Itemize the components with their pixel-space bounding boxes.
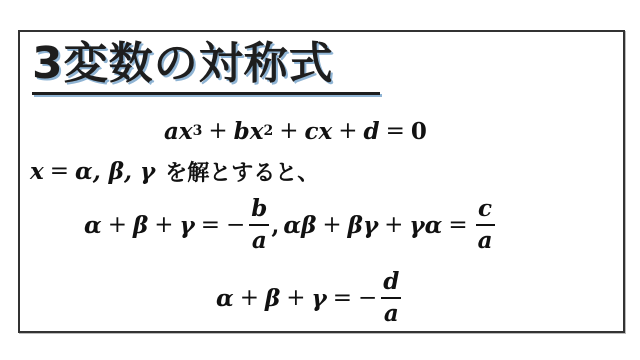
gamma: γ — [312, 285, 327, 312]
plus-sign: + — [234, 285, 265, 311]
minus-sign: − — [358, 285, 379, 311]
plus-sign: + — [280, 285, 311, 311]
equals-sign: = — [442, 212, 473, 238]
plus-sign: + — [273, 118, 304, 144]
gamma: γ — [180, 212, 195, 239]
rhs-zero: 0 — [411, 118, 427, 145]
var-x: x — [30, 158, 44, 185]
gamma-alpha: γα — [409, 212, 442, 239]
fraction-numerator: d — [381, 268, 401, 296]
equals-sign: = — [44, 158, 75, 184]
plus-sign: + — [316, 212, 347, 238]
fraction-denominator: a — [382, 300, 401, 328]
product-relation: α + β + γ = − d a — [216, 262, 403, 334]
plus-sign: + — [332, 118, 363, 144]
plus-sign: + — [202, 118, 233, 144]
fraction-denominator: a — [476, 227, 495, 255]
exponent-2: 2 — [263, 123, 273, 139]
coef-a: a — [164, 118, 179, 145]
cubic-equation: ax3 + bx2 + cx + d = 0 — [164, 114, 427, 148]
title-underline — [32, 92, 380, 95]
equals-sign: = — [327, 285, 358, 311]
roots-caption: を解とすると、 — [165, 156, 319, 187]
exponent-3: 3 — [193, 123, 203, 139]
coef-d: d — [364, 118, 380, 145]
fraction-c-over-a: c a — [476, 195, 495, 255]
equals-sign: = — [380, 118, 411, 144]
fraction-numerator: b — [249, 195, 269, 223]
coef-c: c — [305, 118, 319, 145]
comma: , — [271, 212, 283, 239]
vieta-relations: α + β + γ = − b a , αβ + βγ + γα = c a — [84, 190, 497, 260]
coef-b: b — [234, 118, 250, 145]
minus-sign: − — [226, 212, 247, 238]
var-x: x — [179, 118, 193, 145]
alpha: α — [216, 285, 234, 312]
content-frame: 3変数の対称式 ax3 + bx2 + cx + d = 0 x = α, β,… — [18, 30, 625, 333]
plus-sign: + — [102, 212, 133, 238]
fraction-bar — [381, 297, 401, 299]
fraction-bar — [476, 224, 495, 226]
fraction-numerator: c — [476, 195, 494, 223]
plus-sign: + — [148, 212, 179, 238]
alpha: α — [84, 212, 102, 239]
alpha-beta: αβ — [283, 212, 316, 239]
fraction-denominator: a — [250, 227, 269, 255]
roots-statement: x = α, β, γ を解とすると、 — [30, 154, 319, 188]
var-x: x — [250, 118, 264, 145]
equals-sign: = — [195, 212, 226, 238]
fraction-b-over-a: b a — [249, 195, 269, 255]
plus-sign: + — [378, 212, 409, 238]
roots-list: α, β, γ — [75, 158, 155, 185]
beta: β — [133, 212, 148, 239]
fraction-bar — [249, 224, 269, 226]
page-title: 3変数の対称式 — [32, 38, 334, 90]
beta-gamma: βγ — [348, 212, 378, 239]
beta: β — [265, 285, 280, 312]
fraction-d-over-a: d a — [381, 268, 401, 328]
var-x: x — [319, 118, 333, 145]
